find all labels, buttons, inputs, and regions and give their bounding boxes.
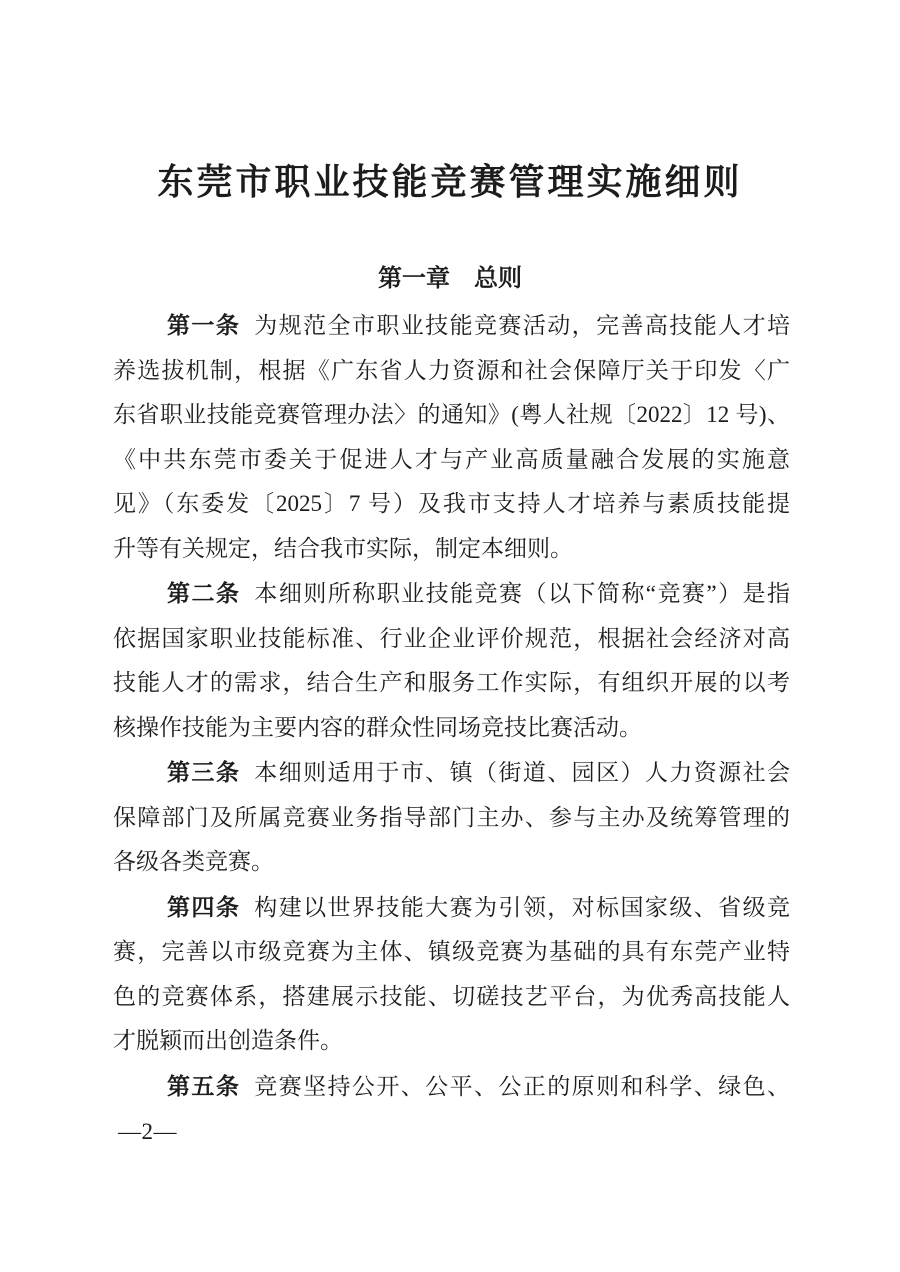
chapter-name: 总则 [474,265,522,292]
body-line: 依据国家职业技能标准、行业企业评价规范，根据社会经济对高 [113,617,790,662]
line-text: 为规范全市职业技能竞赛活动，完善高技能人才培 [254,313,790,338]
article-3-term: 第三条 [167,759,240,785]
body-line: 赛，完善以市级竞赛为主体、镇级竞赛为基础的具有东莞产业特 [113,930,790,975]
document-body: 第一条为规范全市职业技能竞赛活动，完善高技能人才培 养选拔机制，根据《广东省人力… [113,303,790,1109]
line-text: 竞赛坚持公开、公平、公正的原则和科学、绿色、 [254,1074,790,1099]
article-4-term: 第四条 [167,894,240,920]
body-line: 第四条构建以世界技能大赛为引领，对标国家级、省级竞 [113,885,790,931]
document-page: 东莞市职业技能竞赛管理实施细则 第一章总则 第一条为规范全市职业技能竞赛活动，完… [0,0,900,1272]
body-line: 第三条本细则适用于市、镇（街道、园区）人力资源社会 [113,750,790,796]
body-line: 保障部门及所属竞赛业务指导部门主办、参与主办及统筹管理的 [113,796,790,841]
body-line: 养选拔机制，根据《广东省人力资源和社会保障厅关于印发〈广 [113,349,790,394]
body-line: 第一条为规范全市职业技能竞赛活动，完善高技能人才培 [113,303,790,349]
body-line: 技能人才的需求，结合生产和服务工作实际，有组织开展的以考 [113,661,790,706]
chapter-number: 第一章 [378,265,450,292]
page-number: —2— [118,1118,900,1146]
chapter-heading: 第一章总则 [0,264,900,294]
document-title: 东莞市职业技能竞赛管理实施细则 [0,0,900,204]
body-line: 各级各类竞赛。 [113,840,790,885]
body-line: 才脱颖而出创造条件。 [113,1019,790,1064]
body-line: 第五条竞赛坚持公开、公平、公正的原则和科学、绿色、 [113,1064,790,1110]
line-text: 构建以世界技能大赛为引领，对标国家级、省级竞 [254,895,790,920]
body-line: 核操作技能为主要内容的群众性同场竞技比赛活动。 [113,706,790,751]
body-line: 《中共东莞市委关于促进人才与产业高质量融合发展的实施意 [113,438,790,483]
article-1-term: 第一条 [167,312,240,338]
body-line: 见》（东委发〔2025〕7 号）及我市支持人才培养与素质技能提 [113,482,790,527]
article-5-term: 第五条 [167,1073,240,1099]
article-2-term: 第二条 [167,580,240,606]
body-line: 色的竞赛体系，搭建展示技能、切磋技艺平台，为优秀高技能人 [113,975,790,1020]
body-line: 东省职业技能竞赛管理办法〉的通知》(粤人社规〔2022〕12 号)、 [113,393,790,438]
body-line: 第二条本细则所称职业技能竞赛（以下简称“竞赛”）是指 [113,571,790,617]
line-text: 本细则适用于市、镇（街道、园区）人力资源社会 [254,760,790,785]
body-line: 升等有关规定，结合我市实际，制定本细则。 [113,527,790,572]
line-text: 本细则所称职业技能竞赛（以下简称“竞赛”）是指 [254,581,790,606]
